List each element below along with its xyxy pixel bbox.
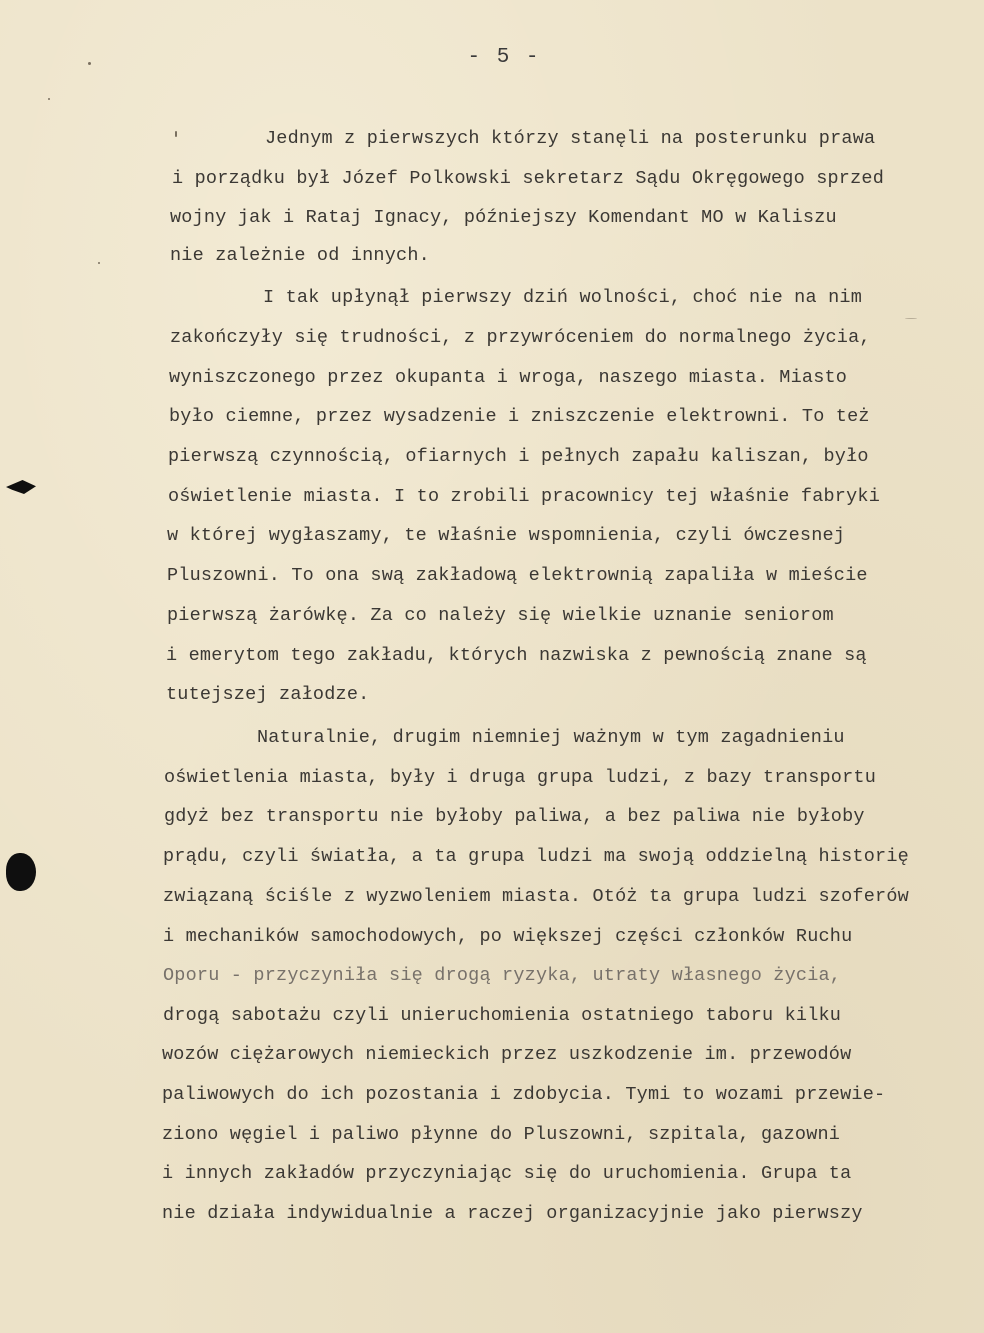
text-line: było ciemne, przez wysadzenie i zniszcze… [169, 406, 870, 427]
paper-speck [98, 262, 100, 264]
text-line: i emerytom tego zakładu, których nazwisk… [166, 645, 867, 666]
paragraph-first-line: Naturalnie, drugim niemniej ważnym w tym… [257, 727, 845, 748]
text-line: ziono węgiel i paliwo płynne do Pluszown… [162, 1124, 840, 1145]
page-number: - 5 - [0, 46, 984, 69]
text-line: oświetlenie miasta. I to zrobili pracown… [168, 486, 880, 507]
text-line: oświetlenia miasta, były i druga grupa l… [164, 767, 876, 788]
binding-hole [6, 853, 36, 891]
text-line: paliwowych do ich pozostania i zdobycia.… [162, 1084, 885, 1105]
text-line: i porządku był Józef Polkowski sekretarz… [172, 168, 884, 189]
text-line: i innych zakładów przyczyniając się do u… [162, 1163, 851, 1184]
binding-hole-torn [6, 480, 36, 494]
text-line: nie działa indywidualnie a raczej organi… [162, 1203, 863, 1224]
text-line: zakończyły się trudności, z przywrócenie… [170, 327, 871, 348]
paper-speck [48, 98, 50, 100]
text-line: pierwszą czynnością, ofiarnych i pełnych… [168, 446, 869, 467]
text-line: wozów ciężarowych niemieckich przez uszk… [162, 1044, 851, 1065]
text-line: Pluszowni. To ona swą zakładową elektrow… [167, 565, 868, 586]
text-line: pierwszą żarówkę. Za co należy się wielk… [167, 605, 834, 626]
paper-speck [88, 62, 91, 65]
text-line: drogą sabotażu czyli unieruchomienia ost… [163, 1005, 841, 1026]
text-line: związaną ściśle z wyzwoleniem miasta. Ot… [163, 886, 909, 907]
text-line: gdyż bez transportu nie byłoby paliwa, a… [164, 806, 865, 827]
text-line: prądu, czyli światła, a ta grupa ludzi m… [163, 846, 909, 867]
text-line: Oporu - przyczyniła się drogą ryzyka, ut… [163, 965, 841, 986]
text-line: nie zależnie od innych. [170, 245, 430, 266]
text-line: wyniszczonego przez okupanta i wroga, na… [169, 367, 847, 388]
text-line: w której wygłaszamy, te właśnie wspomnie… [167, 525, 845, 546]
paragraph-first-line: I tak upłynął pierwszy dziń wolności, ch… [263, 287, 862, 308]
paper-speck [175, 131, 177, 137]
document-page: - 5 - Jednym z pierwszych którzy stanęli… [0, 0, 984, 1333]
paragraph-first-line: Jednym z pierwszych którzy stanęli na po… [265, 128, 875, 149]
paper-speck [905, 318, 917, 319]
text-line: wojny jak i Rataj Ignacy, późniejszy Kom… [170, 207, 837, 228]
text-line: i mechaników samochodowych, po większej … [163, 926, 852, 947]
text-line: tutejszej załodze. [166, 684, 369, 705]
